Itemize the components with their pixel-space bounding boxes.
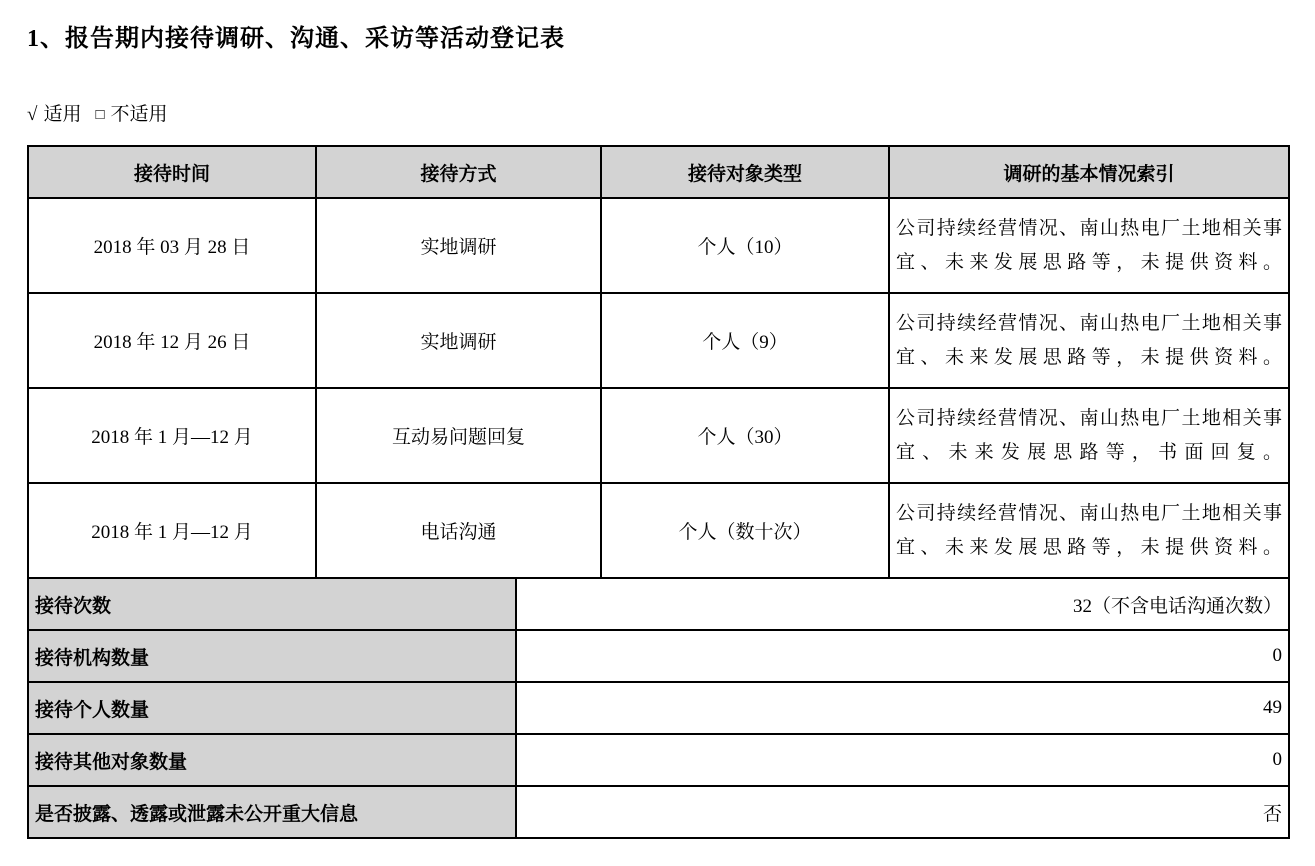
empty-checkbox-icon: □	[95, 103, 104, 127]
summary-row: 接待其他对象数量 0	[28, 734, 1289, 786]
summary-value-other-count: 0	[516, 734, 1289, 786]
not-applicable-label: 不适用	[111, 104, 168, 125]
header-reception-target-type: 接待对象类型	[601, 146, 889, 198]
table-header-row: 接待时间 接待方式 接待对象类型 调研的基本情况索引	[28, 146, 1289, 198]
survey-index-cell: 公司持续经营情况、南山热电厂土地相关事宜、未来发展思路等，未提供资料。	[889, 198, 1289, 293]
summary-value-reception-count: 32（不含电话沟通次数）	[516, 578, 1289, 630]
reception-method-cell: 实地调研	[316, 293, 601, 388]
summary-value-disclosure: 否	[516, 786, 1289, 838]
reception-target-type-cell: 个人（30）	[601, 388, 889, 483]
document-page: 1、报告期内接待调研、沟通、采访等活动登记表 √适用□不适用 接待时间 接待方式…	[0, 0, 1315, 839]
summary-row: 接待个人数量 49	[28, 682, 1289, 734]
reception-time-cell: 2018 年 1 月—12 月	[28, 388, 316, 483]
summary-row: 是否披露、透露或泄露未公开重大信息 否	[28, 786, 1289, 838]
survey-index-cell: 公司持续经营情况、南山热电厂土地相关事宜、未来发展思路等，未提供资料。	[889, 293, 1289, 388]
reception-activity-table: 接待时间 接待方式 接待对象类型 调研的基本情况索引 2018 年 03 月 2…	[27, 145, 1290, 839]
section-title: 1、报告期内接待调研、沟通、采访等活动登记表	[27, 18, 1288, 53]
reception-time-cell: 2018 年 12 月 26 日	[28, 293, 316, 388]
reception-target-type-cell: 个人（10）	[601, 198, 889, 293]
summary-row: 接待次数 32（不含电话沟通次数）	[28, 578, 1289, 630]
table-row: 2018 年 12 月 26 日 实地调研 个人（9） 公司持续经营情况、南山热…	[28, 293, 1289, 388]
reception-method-cell: 实地调研	[316, 198, 601, 293]
applicability-line: √适用□不适用	[27, 103, 1288, 128]
header-reception-method: 接待方式	[316, 146, 601, 198]
reception-target-type-cell: 个人（数十次）	[601, 483, 889, 578]
summary-label-institution-count: 接待机构数量	[28, 630, 516, 682]
check-mark-icon: √	[27, 103, 37, 127]
reception-method-cell: 互动易问题回复	[316, 388, 601, 483]
summary-value-institution-count: 0	[516, 630, 1289, 682]
summary-label-disclosure: 是否披露、透露或泄露未公开重大信息	[28, 786, 516, 838]
survey-index-cell: 公司持续经营情况、南山热电厂土地相关事宜、未来发展思路等，书面回复。	[889, 388, 1289, 483]
reception-target-type-cell: 个人（9）	[601, 293, 889, 388]
summary-label-individual-count: 接待个人数量	[28, 682, 516, 734]
summary-row: 接待机构数量 0	[28, 630, 1289, 682]
header-survey-index: 调研的基本情况索引	[889, 146, 1289, 198]
table-row: 2018 年 1 月—12 月 互动易问题回复 个人（30） 公司持续经营情况、…	[28, 388, 1289, 483]
reception-method-cell: 电话沟通	[316, 483, 601, 578]
table-row: 2018 年 1 月—12 月 电话沟通 个人（数十次） 公司持续经营情况、南山…	[28, 483, 1289, 578]
survey-index-cell: 公司持续经营情况、南山热电厂土地相关事宜、未来发展思路等，未提供资料。	[889, 483, 1289, 578]
reception-time-cell: 2018 年 1 月—12 月	[28, 483, 316, 578]
table-row: 2018 年 03 月 28 日 实地调研 个人（10） 公司持续经营情况、南山…	[28, 198, 1289, 293]
summary-value-individual-count: 49	[516, 682, 1289, 734]
applicable-label: 适用	[43, 104, 81, 125]
reception-time-cell: 2018 年 03 月 28 日	[28, 198, 316, 293]
header-reception-time: 接待时间	[28, 146, 316, 198]
summary-label-reception-count: 接待次数	[28, 578, 516, 630]
summary-label-other-count: 接待其他对象数量	[28, 734, 516, 786]
